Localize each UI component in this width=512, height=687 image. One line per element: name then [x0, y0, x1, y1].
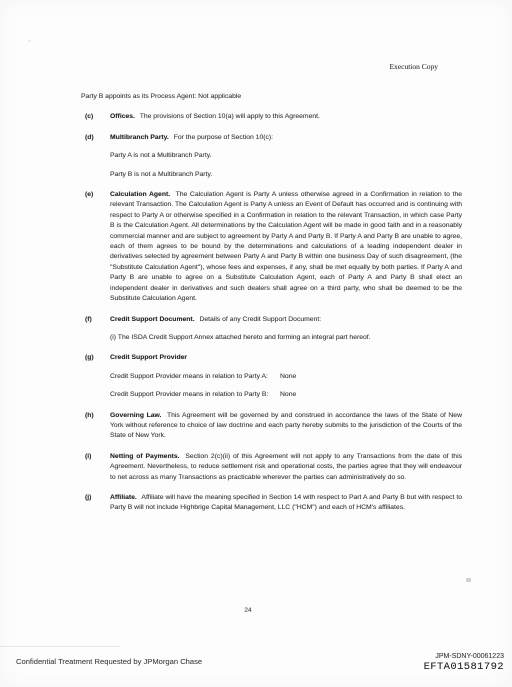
section-letter: (d): [81, 133, 110, 180]
section-heading: Credit Support Document.: [110, 316, 195, 323]
section-heading: Netting of Payments.: [110, 453, 180, 460]
provider-value: None: [280, 390, 296, 400]
execution-copy-label: Execution Copy: [0, 62, 438, 71]
section-letter: (i): [81, 452, 110, 483]
section-text: Offices. The provisions of Section 10(a)…: [110, 112, 462, 122]
section-letter: (c): [81, 112, 110, 122]
section-credit-support-provider: (g) Credit Support Provider Credit Suppo…: [81, 353, 462, 400]
section-affiliate: (j) Affiliate. Affiliate will have the m…: [81, 493, 462, 514]
section-heading: Credit Support Provider: [110, 354, 187, 361]
section-offices: (c) Offices. The provisions of Section 1…: [81, 112, 462, 122]
section-governing-law: (h) Governing Law. This Agreement will b…: [81, 411, 462, 442]
sub-line: (i) The ISDA Credit Support Annex attach…: [110, 333, 462, 343]
section-text: Credit Support Provider Credit Support P…: [110, 353, 462, 400]
provider-value: None: [280, 372, 296, 382]
section-letter: (g): [81, 353, 110, 400]
section-netting-of-payments: (i) Netting of Payments. Section 2(c)(ii…: [81, 452, 462, 483]
bates-numbers: JPM-SDNY-00061223 EFTA01581792: [424, 653, 504, 673]
provider-row: Credit Support Provider means in relatio…: [110, 390, 462, 400]
section-heading: Governing Law.: [110, 412, 161, 419]
section-paragraph: The provisions of Section 10(a) will app…: [140, 113, 320, 120]
scan-speck: [466, 578, 471, 582]
section-heading: Calculation Agent.: [110, 191, 170, 198]
section-paragraph: The Calculation Agent is Party A unless …: [110, 191, 462, 302]
section-letter: (f): [81, 315, 110, 344]
section-text: Netting of Payments. Section 2(c)(ii) of…: [110, 452, 462, 483]
section-paragraph: Details of any Credit Support Document:: [199, 316, 321, 323]
page-number: 24: [0, 607, 504, 614]
section-calculation-agent: (e) Calculation Agent. The Calculation A…: [81, 190, 462, 304]
section-text: Governing Law. This Agreement will be go…: [110, 411, 462, 442]
section-paragraph: This Agreement will be governed by and c…: [110, 412, 462, 440]
provider-row: Credit Support Provider means in relatio…: [110, 372, 462, 382]
section-text: Multibranch Party. For the purpose of Se…: [110, 133, 462, 180]
scan-speck: [28, 40, 31, 42]
confidential-treatment-stamp: Confidential Treatment Requested by JPMo…: [16, 657, 202, 666]
section-heading: Offices.: [110, 113, 135, 120]
section-text: Affiliate. Affiliate will have the meani…: [110, 493, 462, 514]
sub-line: Party A is not a Multibranch Party.: [110, 151, 462, 161]
section-credit-support-document: (f) Credit Support Document. Details of …: [81, 315, 462, 344]
provider-label: Credit Support Provider means in relatio…: [110, 372, 280, 382]
section-paragraph: Affiliate will have the meaning specifie…: [110, 494, 462, 511]
section-paragraph: For the purpose of Section 10(c):: [174, 134, 273, 141]
bates-number-efta: EFTA01581792: [424, 661, 504, 673]
scan-edge-artifact: [0, 646, 120, 647]
process-agent-line: Party B appoints as its Process Agent: N…: [81, 92, 462, 102]
bates-number-jpm: JPM-SDNY-00061223: [424, 653, 504, 660]
section-text: Calculation Agent. The Calculation Agent…: [110, 190, 462, 304]
scanned-document-page: Execution Copy Party B appoints as its P…: [0, 0, 512, 687]
sub-line: Party B is not a Multibranch Party.: [110, 170, 462, 180]
provider-label: Credit Support Provider means in relatio…: [110, 390, 280, 400]
section-letter: (j): [81, 493, 110, 514]
section-heading: Multibranch Party.: [110, 134, 169, 141]
section-heading: Affiliate.: [110, 494, 137, 501]
document-body: Party B appoints as its Process Agent: N…: [81, 92, 462, 524]
section-multibranch-party: (d) Multibranch Party. For the purpose o…: [81, 133, 462, 180]
section-letter: (h): [81, 411, 110, 442]
section-text: Credit Support Document. Details of any …: [110, 315, 462, 344]
section-letter: (e): [81, 190, 110, 304]
